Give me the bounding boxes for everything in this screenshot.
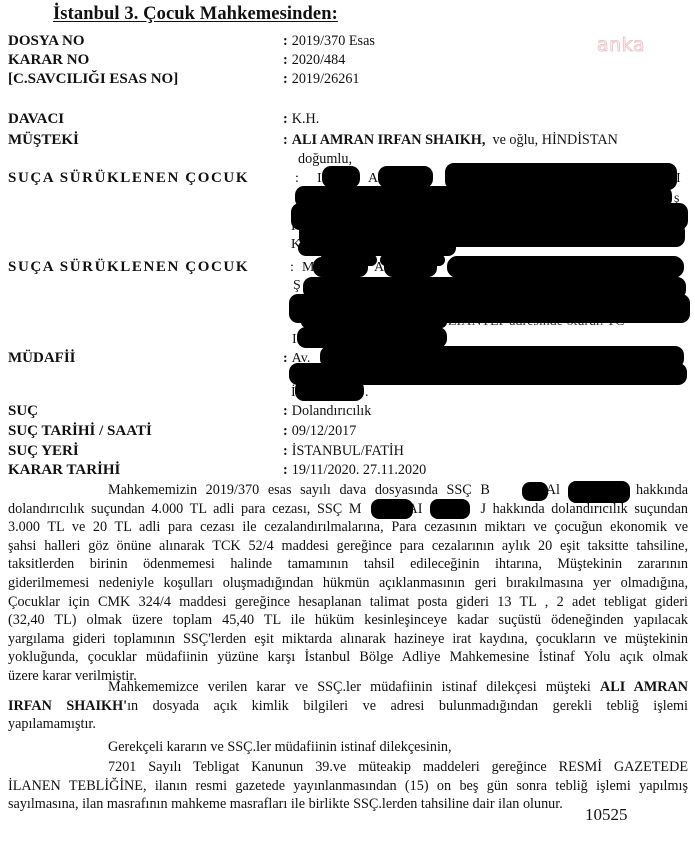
field-label: MÜDAFİİ bbox=[8, 349, 76, 367]
para-line: 7201 Sayılı Tebligat Kanunun 39.ve mütea… bbox=[8, 758, 688, 777]
notification-paragraph: Mahkememizce verilen karar ve SSÇ.ler mü… bbox=[8, 678, 688, 734]
musteki-name: ALI AMRAN bbox=[600, 679, 688, 695]
para-line: Gerekçeli kararın ve SSÇ.ler müdafiinin … bbox=[8, 738, 688, 757]
para-line: şahsi halleri göz önüne alınarak TCK 52/… bbox=[8, 537, 688, 556]
field-value: :K.H. bbox=[283, 110, 688, 128]
redaction-bar bbox=[430, 499, 470, 519]
para-line: (32,40 TL) olmak üzere toplam 45,40 TL i… bbox=[8, 611, 688, 630]
redaction-bar bbox=[313, 257, 368, 277]
redaction-bar bbox=[297, 327, 447, 348]
page-number: 10525 bbox=[585, 806, 628, 824]
field-label: SUÇ bbox=[8, 402, 38, 420]
para-line: Mahkememizce verilen karar ve SSÇ.ler mü… bbox=[8, 678, 688, 697]
para-line: İLANEN TEBLİĞİNE, ilanın resmi gazetede … bbox=[8, 777, 688, 796]
field-value: :19/11/2020. 27.11.2020 bbox=[283, 461, 688, 479]
redaction-bar bbox=[322, 166, 360, 188]
field-label: SUÇA SÜRÜKLENEN ÇOCUK bbox=[8, 169, 249, 187]
court-title: İstanbul 3. Çocuk Mahkemesinden: bbox=[53, 5, 338, 23]
field-label: KARAR NO bbox=[8, 51, 89, 69]
para-line: giderilmemesi nedeniyle koşulları oluşma… bbox=[8, 574, 688, 593]
field-label: SUÇ TARİHİ / SAATİ bbox=[8, 422, 152, 440]
field-label: DOSYA NO bbox=[8, 32, 85, 50]
redaction-bar bbox=[447, 257, 684, 277]
field-label: SUÇ YERİ bbox=[8, 442, 79, 460]
musteki-name: ALI AMRAN IRFAN SHAIKH, bbox=[292, 132, 486, 148]
para-line: taksitlerden birinin ödenmemesi halinde … bbox=[8, 555, 688, 574]
redaction-bar bbox=[568, 481, 630, 503]
para-line: yargılama gideri toplamının SSÇ'lerden e… bbox=[8, 630, 688, 649]
redaction-bar bbox=[378, 166, 433, 188]
field-value: :Dolandırıcılık bbox=[283, 402, 688, 420]
field-label: [C.SAVCILIĞI ESAS NO] bbox=[8, 70, 178, 88]
field-label: SUÇA SÜRÜKLENEN ÇOCUK bbox=[8, 258, 249, 276]
field-value: :İSTANBUL/FATİH bbox=[283, 442, 688, 460]
redaction-bar bbox=[295, 380, 364, 401]
para-line: yapılamamıştır. bbox=[8, 715, 688, 734]
para-line: IRFAN SHAIKH'ın dosyada açık kimlik bilg… bbox=[8, 697, 688, 716]
decision-paragraph: Mahkememizin 2019/370 esas sayılı dava d… bbox=[8, 481, 688, 686]
para-line: 3.000 TL ve 20 TL adli para cezası ile c… bbox=[8, 518, 688, 537]
field-value: :2019/370 Esas bbox=[283, 32, 688, 50]
redaction-bar bbox=[522, 482, 548, 501]
field-value: :09/12/2017 bbox=[283, 422, 688, 440]
field-value: :ALI AMRAN IRFAN SHAIKH, ve oğlu, HİNDİS… bbox=[283, 131, 688, 149]
para-line: Çocuklar için CMK 324/4 maddesi gereğinc… bbox=[8, 593, 688, 612]
redaction-bar bbox=[371, 499, 413, 519]
field-value: :2019/26261 bbox=[283, 70, 688, 88]
field-value: :2020/484 bbox=[283, 51, 688, 69]
field-label: KARAR TARİHİ bbox=[8, 461, 120, 479]
para-line: yokluğunda, çocuklar müdafiinin yüzüne k… bbox=[8, 648, 688, 667]
redaction-bar bbox=[384, 257, 437, 277]
field-label: MÜŞTEKİ bbox=[8, 131, 79, 149]
reasoned-decision-paragraph: Gerekçeli kararın ve SSÇ.ler müdafiinin … bbox=[8, 738, 688, 757]
field-label: DAVACI bbox=[8, 110, 64, 128]
